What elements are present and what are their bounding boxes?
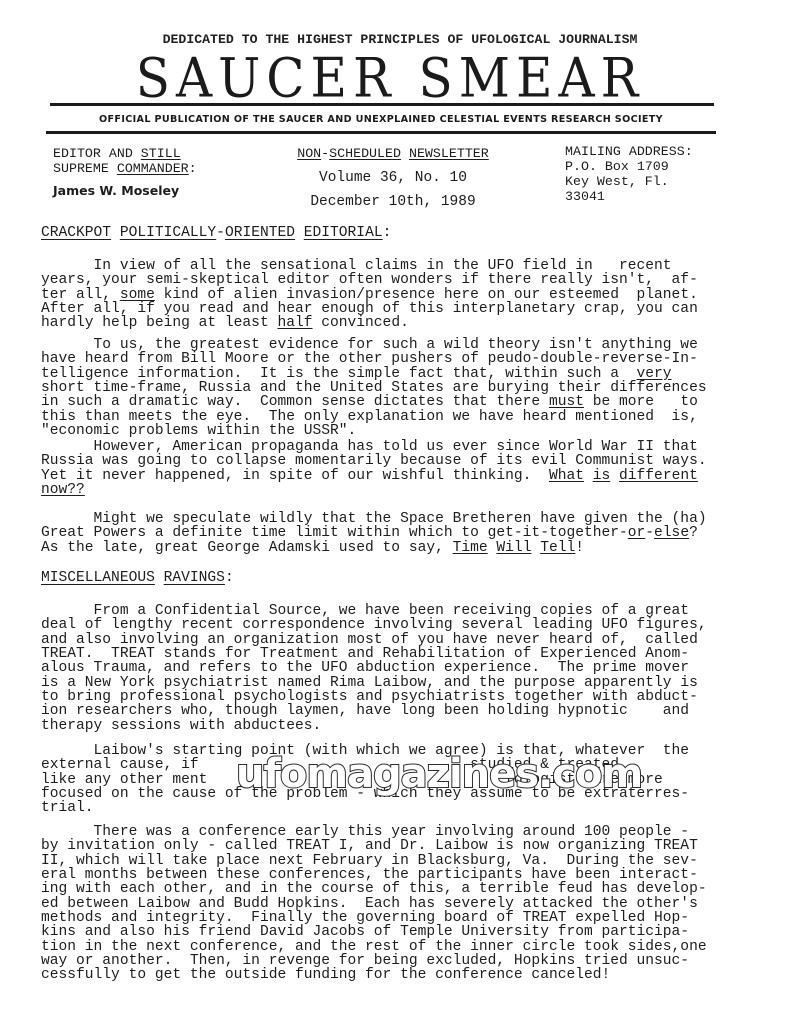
paragraph: In view of all the sensational claims in… [41,259,761,331]
mailing-line: P.O. Box 1709 [565,159,669,174]
paragraph: There was a conference early this year i… [41,825,761,983]
newsletter-page: DEDICATED TO THE HIGHEST PRINCIPLES OF U… [0,0,800,1034]
paragraph: However, American propaganda has told us… [41,440,761,497]
paragraph: To us, the greatest evidence for such a … [41,338,761,438]
mailing-address-block: MAILING ADDRESS: P.O. Box 1709 Key West,… [565,144,693,204]
paragraph: Might we speculate wildly that the Space… [41,512,761,555]
section-heading-editorial: CRACKPOT POLITICALLY-ORIENTED EDITORIAL: [41,225,391,241]
editor-block: EDITOR AND STILLSUPREME COMMANDER: James… [53,146,197,198]
dedication-line: DEDICATED TO THE HIGHEST PRINCIPLES OF U… [0,32,800,47]
masthead-title: SAUCER SMEAR [0,48,780,108]
issue-date: December 10th, 1989 [258,195,528,210]
watermark-logo: ufomagazines.com [236,752,576,796]
newsletter-label: NON-SCHEDULED NEWSLETTER [297,146,489,161]
mailing-label: MAILING ADDRESS: [565,144,693,159]
issue-block: NON-SCHEDULED NEWSLETTER Volume 36, No. … [258,146,528,210]
editor-label: EDITOR AND STILLSUPREME COMMANDER: [53,146,197,176]
masthead-rule-bottom [46,131,716,134]
masthead-rule-top [50,103,714,106]
volume-number: Volume 36, No. 10 [258,171,528,186]
mailing-line: Key West, Fl. [565,174,669,189]
paragraph: From a Confidential Source, we have been… [41,604,761,733]
section-heading-miscellaneous: MISCELLANEOUS RAVINGS: [41,570,234,586]
masthead-subtitle: OFFICIAL PUBLICATION OF THE SAUCER AND U… [46,114,716,125]
editor-name: James W. Moseley [53,183,197,198]
mailing-line: 33041 [565,189,605,204]
